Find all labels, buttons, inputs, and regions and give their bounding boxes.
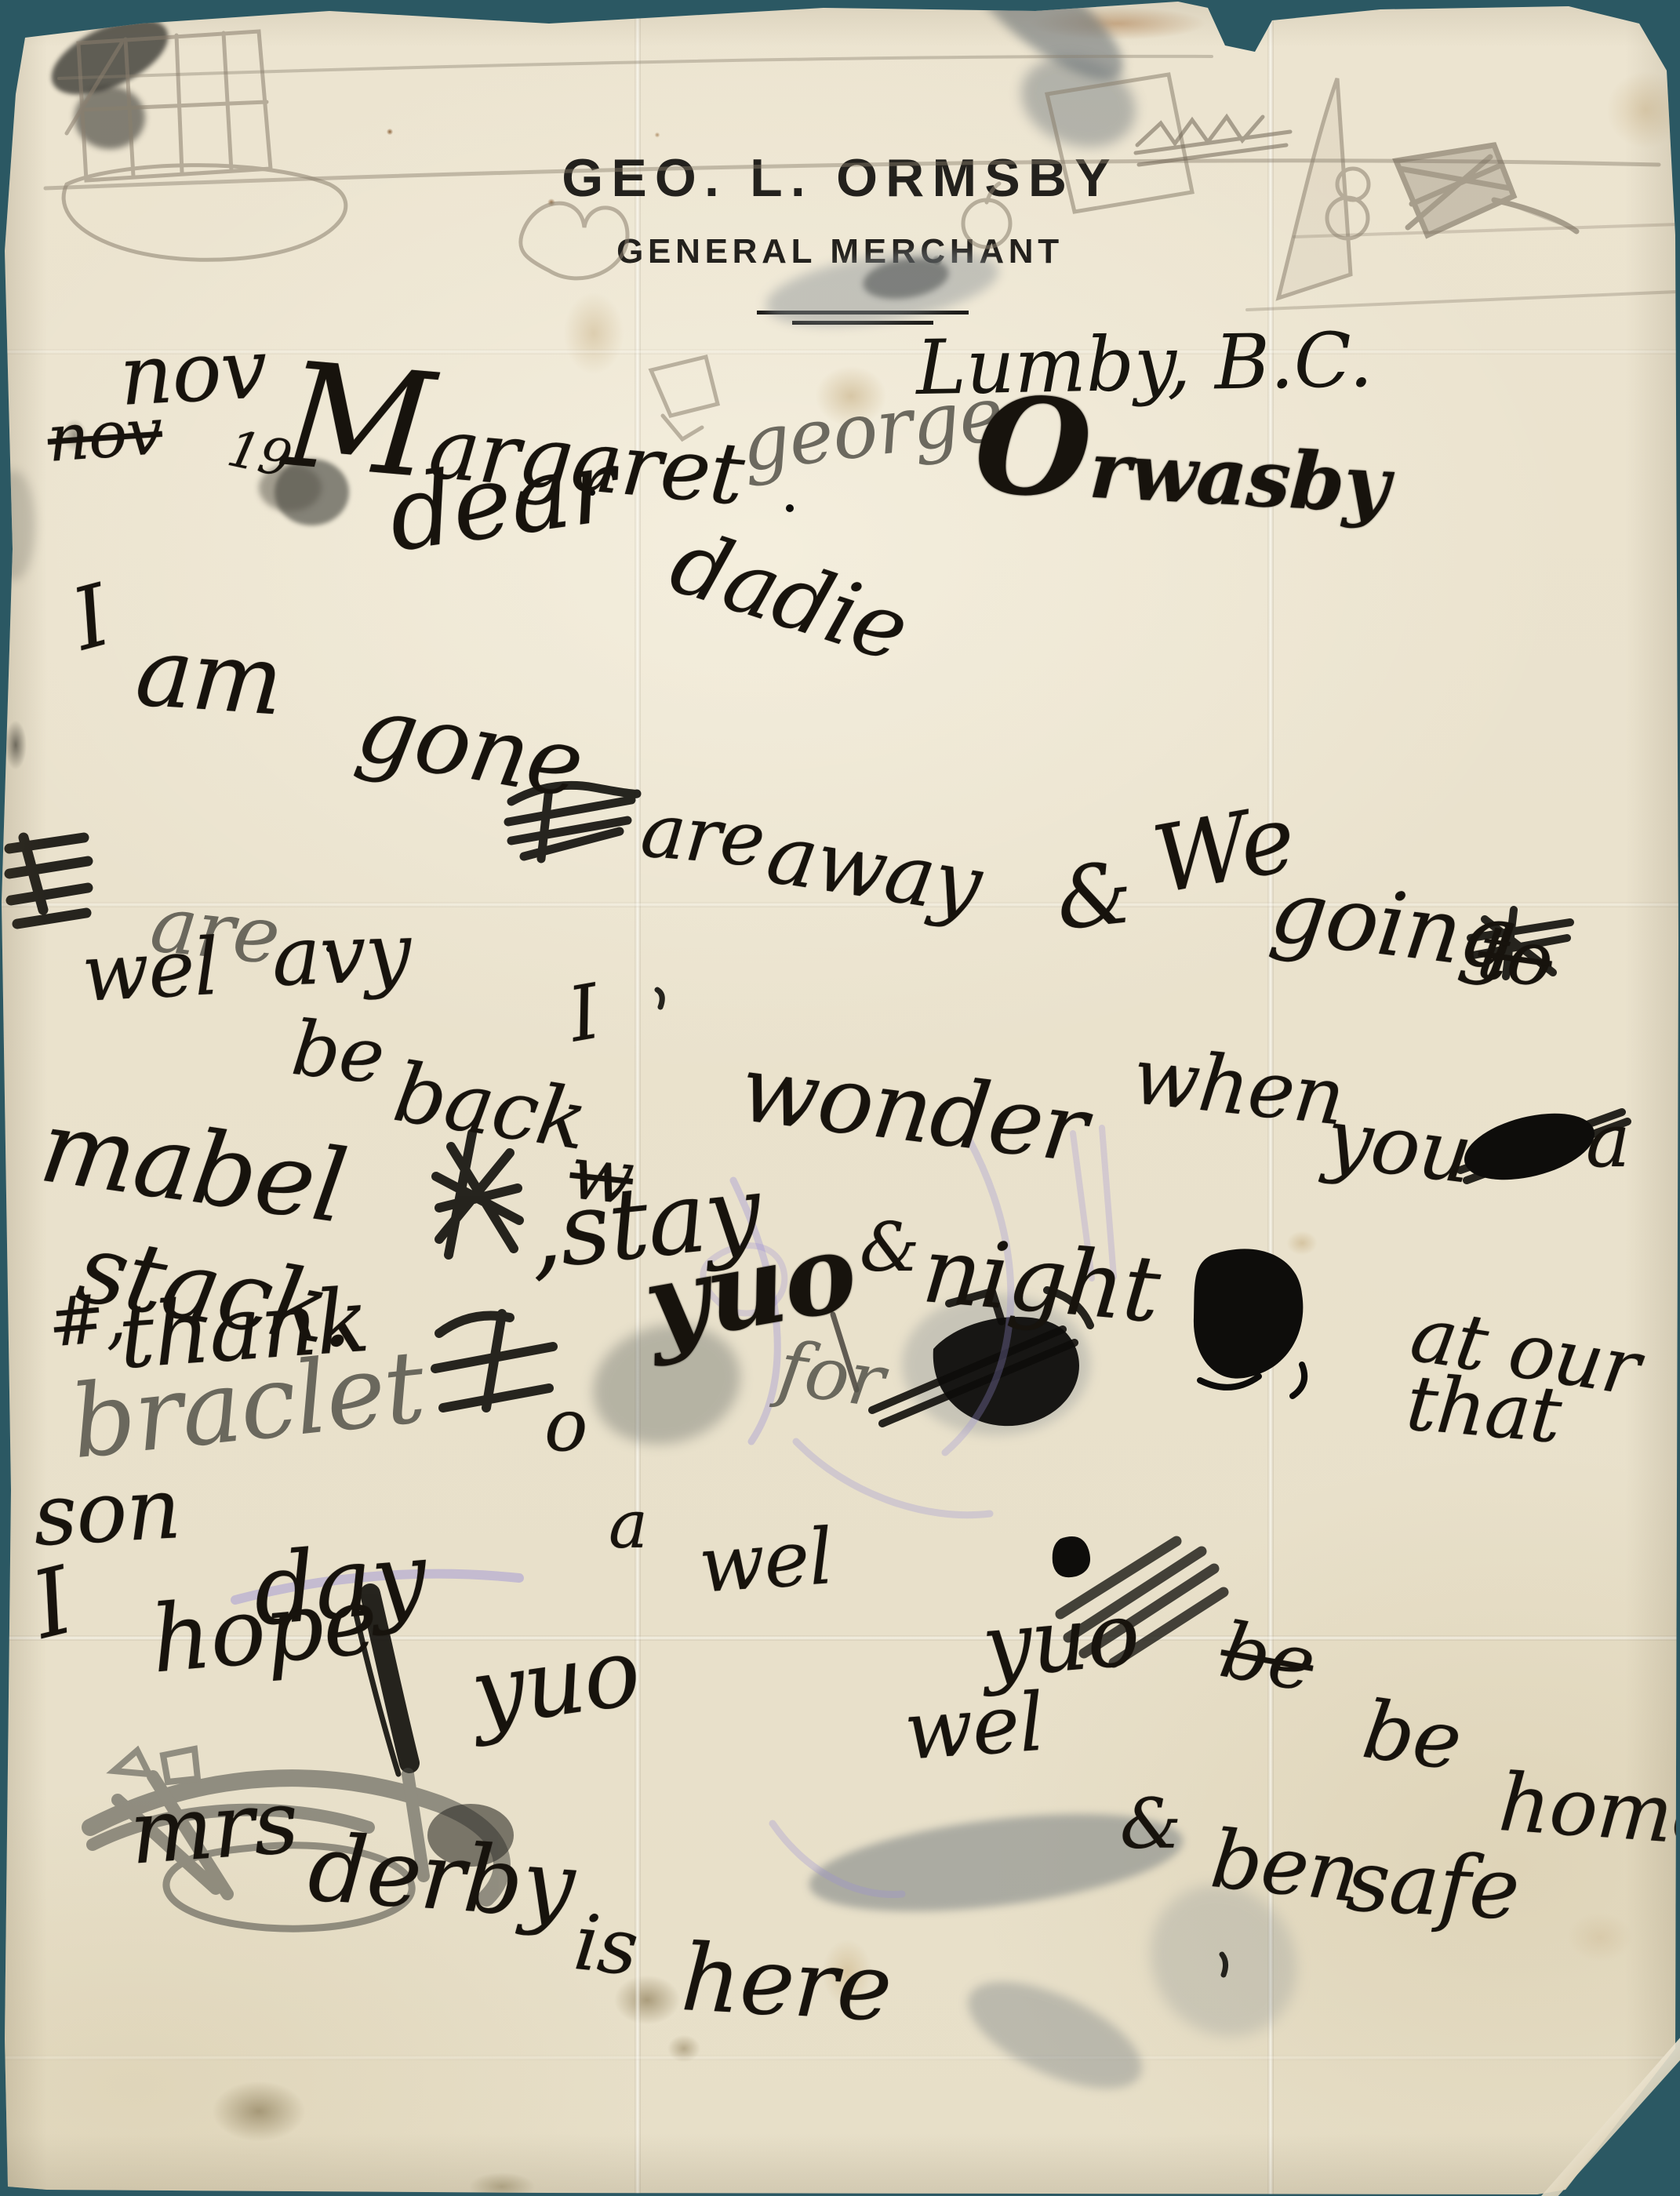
ink-speck — [786, 504, 794, 512]
crayon-stroke — [773, 1823, 902, 1895]
ink-word: ben — [1207, 1820, 1362, 1914]
ink-word: for — [774, 1332, 888, 1420]
ink-word: wonder — [736, 1042, 1092, 1176]
ink-word: & — [860, 1214, 919, 1282]
ink-word: I — [64, 573, 118, 664]
ink-word: george — [737, 376, 1007, 482]
ink-word: to — [1474, 914, 1558, 998]
ink-word: yuo — [979, 1591, 1142, 1692]
crayon-stroke — [796, 1442, 990, 1515]
ink-word: when — [1129, 1037, 1348, 1137]
ink-word: I — [563, 974, 605, 1053]
ink-word: wel — [696, 1518, 835, 1605]
ink-word: home — [1496, 1763, 1680, 1858]
ink-word: avy — [271, 911, 412, 998]
ink-word: are — [638, 792, 768, 878]
ink-word: wel — [80, 928, 220, 1013]
letterhead-business-type: GENERAL MERCHANT — [0, 232, 1680, 271]
ink-word: & — [1120, 1790, 1180, 1859]
ink-smear — [41, 4, 180, 111]
vertical-fold-crease-left — [635, 0, 641, 2196]
ink-word: away — [762, 812, 986, 927]
ink-scribble — [435, 1314, 553, 1408]
ink-word: am — [133, 624, 285, 729]
ink-word: dear — [383, 436, 622, 567]
pencil-scribble-shapes — [114, 1749, 198, 1782]
ink-word: you — [1322, 1096, 1476, 1195]
ink-word: safe — [1344, 1839, 1521, 1932]
ink-word: derby — [306, 1821, 576, 1932]
ink-smear — [953, 1960, 1157, 2111]
ink-word: dadie — [661, 518, 917, 675]
ink-word: mrs — [127, 1778, 300, 1878]
ink-smear — [1009, 42, 1149, 163]
letterhead-rule-bottom — [792, 321, 933, 325]
ink-word: & — [1053, 851, 1136, 943]
ink-word: a — [609, 1492, 647, 1558]
ink-blot — [1053, 1536, 1090, 1577]
ink-word: here — [679, 1931, 893, 2034]
ink-word: a — [1586, 1104, 1630, 1179]
letterhead-rule-top — [757, 311, 969, 314]
ink-word: be — [289, 1010, 387, 1095]
ink-word: mabel — [35, 1096, 351, 1238]
pencil-line — [1247, 292, 1677, 310]
ink-word: that — [1403, 1365, 1563, 1455]
ink-word: back — [389, 1051, 592, 1162]
ink-blot — [1194, 1249, 1303, 1378]
ink-word: is — [571, 1904, 641, 1987]
letterhead-business-name: GEO. L. ORMSBY — [0, 147, 1680, 209]
ink-word: Orwasby — [972, 378, 1393, 533]
ink-word: o — [544, 1390, 587, 1462]
ink-blot — [1457, 1102, 1601, 1192]
horizontal-fold-crease-4 — [0, 2055, 1680, 2060]
ink-word: be — [1215, 1612, 1320, 1703]
ink-smear — [75, 86, 145, 149]
pencil-line — [59, 56, 1212, 78]
ink-word: nov — [45, 400, 164, 472]
ink-word: yuo — [466, 1625, 645, 1742]
ink-word: I — [24, 1554, 81, 1652]
scanned-letter-scene: GEO. L. ORMSBY GENERAL MERCHANT Lumby, B… — [0, 0, 1680, 2196]
letter-paper: GEO. L. ORMSBY GENERAL MERCHANT Lumby, B… — [0, 0, 1680, 2196]
ink-word: son — [31, 1467, 182, 1559]
ink-crossout — [9, 838, 88, 924]
pencil-smudge — [0, 471, 35, 580]
ink-word: wel — [902, 1683, 1046, 1772]
ink-word: night — [919, 1225, 1163, 1336]
ink-word: hope — [147, 1574, 380, 1686]
ink-smear — [945, 0, 1140, 100]
ink-blot-tail — [1200, 1365, 1304, 1396]
ink-word: be — [1358, 1690, 1466, 1783]
ink-word: gone — [351, 681, 590, 811]
